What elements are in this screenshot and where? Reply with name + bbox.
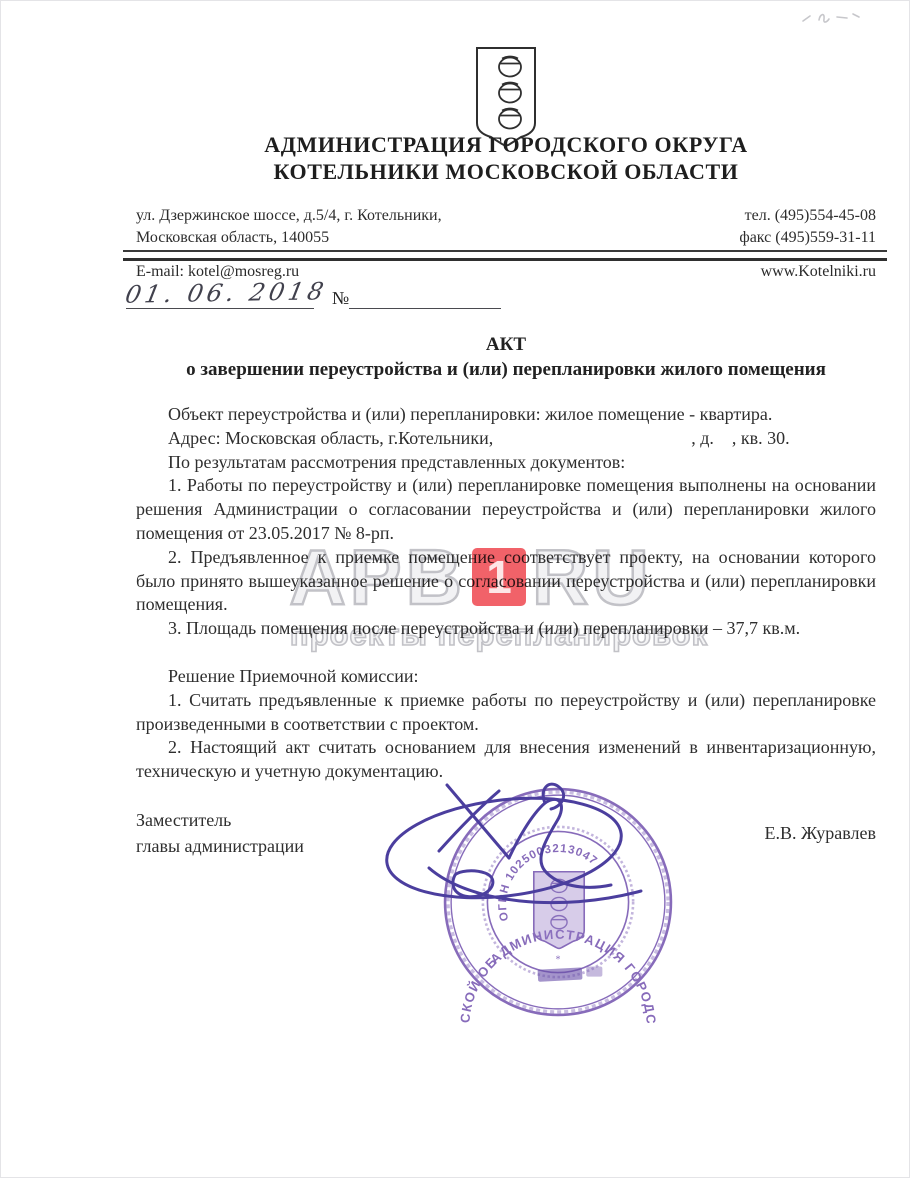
- scanned-document-page: АДМИНИСТРАЦИЯ ГОРОДСКОГО ОКРУГА КОТЕЛЬНИ…: [0, 0, 910, 1178]
- number-label: №: [332, 288, 349, 309]
- document-subtitle: о завершении переустройства и (или) пере…: [136, 359, 876, 381]
- doc-number-blank: [349, 308, 501, 309]
- signer-name: Е.В. Журавлев: [765, 820, 876, 846]
- date-field: 01. 06. 2018: [126, 279, 314, 309]
- handwritten-date: 01. 06. 2018: [123, 277, 330, 308]
- handwritten-signature: [359, 763, 689, 978]
- object-line: Объект переустройства и (или) перепланир…: [136, 403, 876, 427]
- org-title-line2: КОТЕЛЬНИКИ МОСКОВСКОЙ ОБЛАСТИ: [136, 158, 876, 185]
- address-house-label: , д.: [691, 428, 714, 448]
- pencil-scribble: [797, 7, 887, 35]
- decision-item-1: 1. Считать предъявленные к приемке работ…: [136, 689, 876, 737]
- signer-position: Заместитель главы администрации: [136, 807, 304, 859]
- contact-block: ул. Дзержинское шоссе, д.5/4, г. Котельн…: [136, 205, 876, 249]
- address-line: Адрес: Московская область, г.Котельники,…: [136, 427, 876, 451]
- act-item-3: 3. Площадь помещения после переустройств…: [136, 617, 876, 641]
- date-number-line: 01. 06. 2018 №: [126, 279, 866, 309]
- signer-position-line1: Заместитель: [136, 807, 304, 833]
- address-line2: Московская область, 140055: [136, 227, 442, 249]
- phone-number: тел. (495)554-45-08: [739, 205, 876, 227]
- address-line1: ул. Дзержинское шоссе, д.5/4, г. Котельн…: [136, 205, 442, 227]
- address-prefix: Адрес: Московская область, г.Котельники,: [168, 428, 493, 448]
- signer-position-line2: главы администрации: [136, 833, 304, 859]
- act-item-2: 2. Предъявленное к приемке помещение соо…: [136, 546, 876, 617]
- act-item-1: 1. Работы по переустройству и (или) пере…: [136, 474, 876, 545]
- document-title: АКТ: [136, 334, 876, 356]
- organization-title: АДМИНИСТРАЦИЯ ГОРОДСКОГО ОКРУГА КОТЕЛЬНИ…: [136, 131, 876, 185]
- document-body: Объект переустройства и (или) перепланир…: [136, 403, 876, 784]
- address-flat-label: , кв. 30.: [732, 428, 790, 448]
- results-line: По результатам рассмотрения представленн…: [136, 451, 876, 475]
- postal-address: ул. Дзержинское шоссе, д.5/4, г. Котельн…: [136, 205, 442, 249]
- phone-block: тел. (495)554-45-08 факс (495)559-31-11: [739, 205, 876, 249]
- decision-heading: Решение Приемочной комиссии:: [136, 665, 876, 689]
- fax-number: факс (495)559-31-11: [739, 227, 876, 249]
- org-title-line1: АДМИНИСТРАЦИЯ ГОРОДСКОГО ОКРУГА: [136, 131, 876, 158]
- header-divider: [123, 250, 887, 261]
